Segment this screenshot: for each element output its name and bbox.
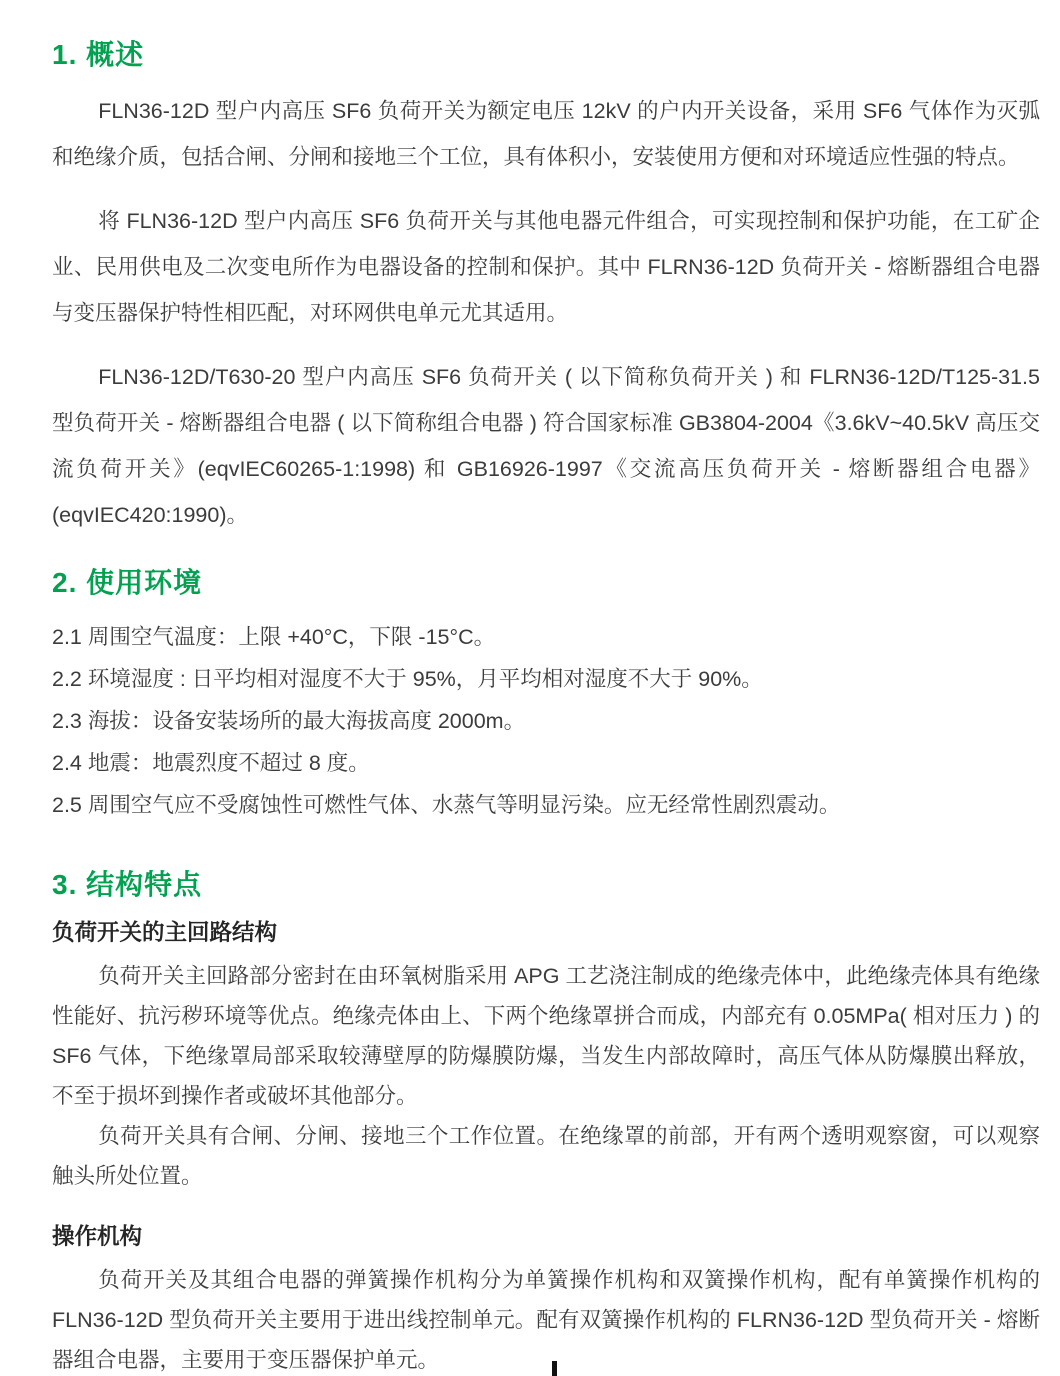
overview-paragraph-3: FLN36-12D/T630-20 型户内高压 SF6 负荷开关 ( 以下简称负…	[52, 354, 1040, 538]
main-circuit-paragraph-2: 负荷开关具有合闸、分闸、接地三个工作位置。在绝缘罩的前部，开有两个透明观察窗，可…	[52, 1116, 1040, 1196]
section-environment: 2. 使用环境 2.1 周围空气温度：上限 +40°C，下限 -15°C。 2.…	[52, 564, 1040, 826]
env-item-pollution: 2.5 周围空气应不受腐蚀性可燃性气体、水蒸气等明显污染。应无经常性剧烈震动。	[52, 784, 1040, 826]
main-circuit-paragraph-1: 负荷开关主回路部分密封在由环氧树脂采用 APG 工艺浇注制成的绝缘壳体中，此绝缘…	[52, 956, 1040, 1116]
overview-paragraph-1: FLN36-12D 型户内高压 SF6 负荷开关为额定电压 12kV 的户内开关…	[52, 88, 1040, 180]
section-overview: 1. 概述 FLN36-12D 型户内高压 SF6 负荷开关为额定电压 12kV…	[52, 36, 1040, 538]
overview-paragraph-2: 将 FLN36-12D 型户内高压 SF6 负荷开关与其他电器元件组合，可实现控…	[52, 198, 1040, 336]
subheading-main-circuit: 负荷开关的主回路结构	[52, 918, 1040, 948]
section-structure: 3. 结构特点 负荷开关的主回路结构 负荷开关主回路部分密封在由环氧树脂采用 A…	[52, 866, 1040, 1376]
env-item-humidity: 2.2 环境湿度 : 日平均相对湿度不大于 95%，月平均相对湿度不大于 90%…	[52, 658, 1040, 700]
section-3-heading: 3. 结构特点	[52, 866, 1040, 904]
section-1-heading: 1. 概述	[52, 36, 1040, 74]
env-item-earthquake: 2.4 地震：地震烈度不超过 8 度。	[52, 742, 1040, 784]
env-item-altitude: 2.3 海拔：设备安装场所的最大海拔高度 2000m。	[52, 700, 1040, 742]
document-page: 1. 概述 FLN36-12D 型户内高压 SF6 负荷开关为额定电压 12kV…	[0, 0, 1060, 1376]
env-item-temperature: 2.1 周围空气温度：上限 +40°C，下限 -15°C。	[52, 616, 1040, 658]
operating-mechanism-paragraph: 负荷开关及其组合电器的弹簧操作机构分为单簧操作机构和双簧操作机构，配有单簧操作机…	[52, 1260, 1040, 1376]
subheading-operating-mechanism: 操作机构	[52, 1222, 1040, 1252]
section-2-heading: 2. 使用环境	[52, 564, 1040, 602]
cursor-artifact	[552, 1361, 557, 1376]
